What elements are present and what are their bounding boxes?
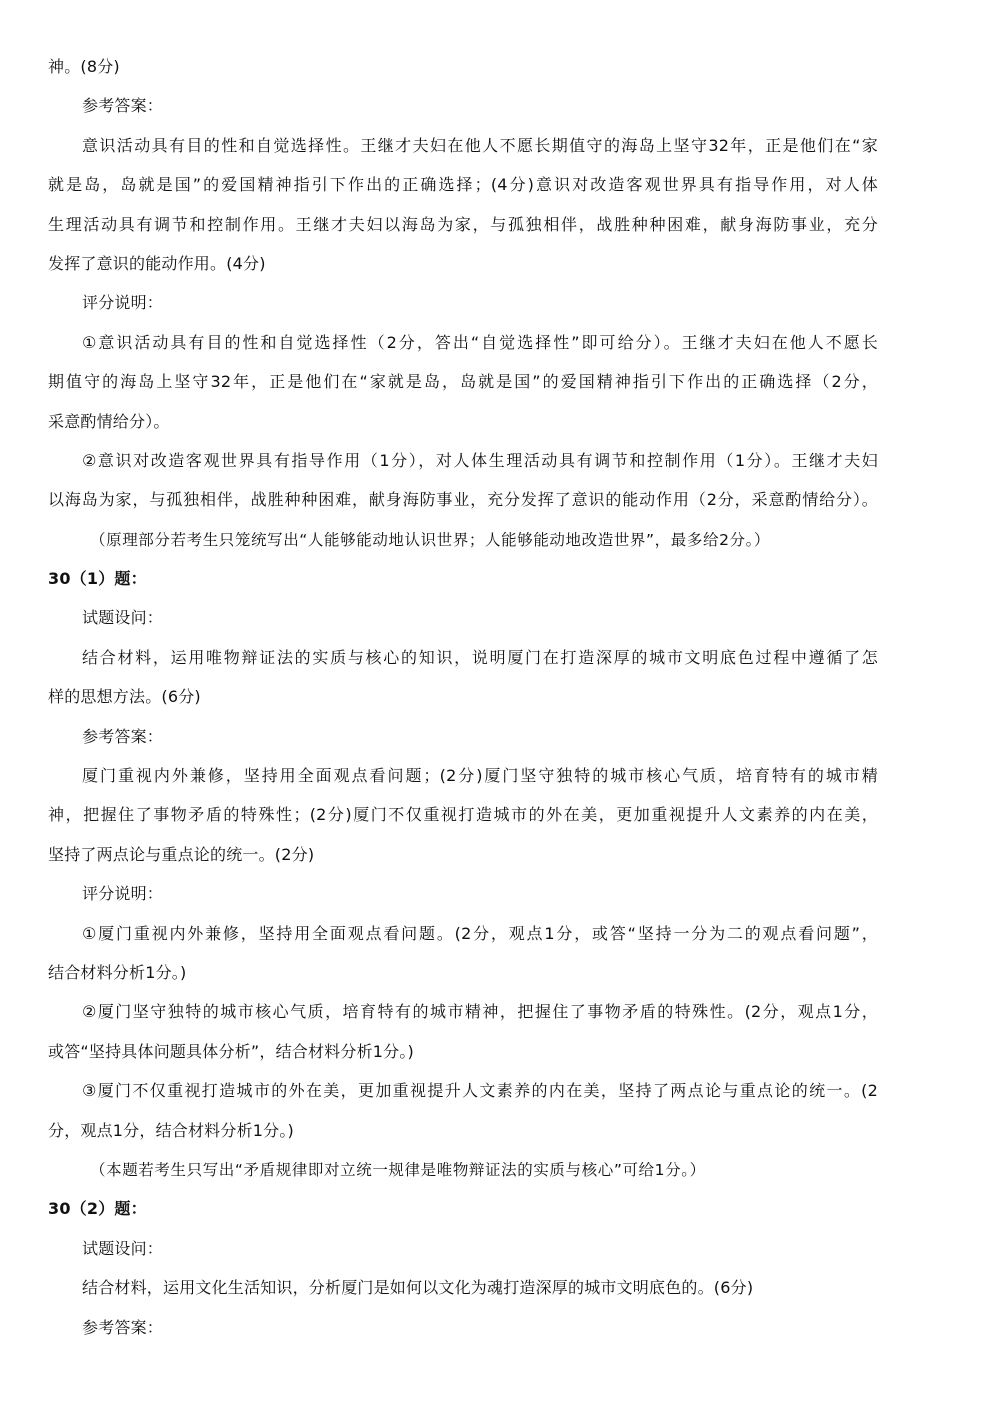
answer-paragraph: 生理活动具有调节和控制作用。王继才夫妇以海岛为家，与孤独相伴，战胜种种困难，献身… — [48, 210, 878, 249]
section-label-question: 试题设问： — [48, 603, 878, 642]
scoring-item-1: ①意识活动具有目的性和自觉选择性（2分，答出“自觉选择性”即可给分）。王继才夫妇… — [48, 328, 878, 367]
answer-paragraph: 坚持了两点论与重点论的统一。(2分) — [48, 840, 878, 879]
scoring-item-2: ②厦门坚守独特的城市核心气质，培育特有的城市精神，把握住了事物矛盾的特殊性。(2… — [48, 997, 878, 1036]
section-label-question: 试题设问： — [48, 1234, 878, 1273]
answer-paragraph: 神，把握住了事物矛盾的特殊性；(2分)厦门不仅重视打造城市的外在美，更加重视提升… — [48, 800, 878, 839]
document-page: 神。(8分) 参考答案： 意识活动具有目的性和自觉选择性。王继才夫妇在他人不愿长… — [48, 52, 878, 1352]
question-text: 结合材料，运用唯物辩证法的实质与核心的知识，说明厦门在打造深厚的城市文明底色过程… — [48, 643, 878, 682]
scoring-item-1: ①厦门重视内外兼修，坚持用全面观点看问题。(2分，观点1分，或答“坚持一分为二的… — [48, 919, 878, 958]
scoring-item-1: 期值守的海岛上坚守32年，正是他们在“家就是岛，岛就是国”的爱国精神指引下作出的… — [48, 367, 878, 406]
question-heading-30-1: 30（1）题： — [48, 564, 878, 603]
scoring-note: （本题若考生只写出“矛盾规律即对立统一规律是唯物辩证法的实质与核心”可给1分。） — [48, 1155, 878, 1194]
question-heading-30-2: 30（2）题： — [48, 1194, 878, 1233]
answer-paragraph: 厦门重视内外兼修，坚持用全面观点看问题；(2分)厦门坚守独特的城市核心气质，培育… — [48, 761, 878, 800]
section-label-scoring-notes: 评分说明： — [48, 879, 878, 918]
scoring-item-2: 以海岛为家，与孤独相伴，战胜种种困难，献身海防事业，充分发挥了意识的能动作用（2… — [48, 485, 878, 524]
scoring-item-2: 或答“坚持具体问题具体分析”，结合材料分析1分。) — [48, 1037, 878, 1076]
section-label-reference-answer: 参考答案： — [48, 722, 878, 761]
scoring-item-2: ②意识对改造客观世界具有指导作用（1分），对人体生理活动具有调节和控制作用（1分… — [48, 446, 878, 485]
answer-paragraph: 意识活动具有目的性和自觉选择性。王继才夫妇在他人不愿长期值守的海岛上坚守32年，… — [48, 131, 878, 170]
scoring-item-1: 结合材料分析1分。) — [48, 958, 878, 997]
answer-paragraph: 发挥了意识的能动作用。(4分) — [48, 249, 878, 288]
text-line: 神。(8分) — [48, 52, 878, 91]
answer-paragraph: 就是岛，岛就是国”的爱国精神指引下作出的正确选择；(4分)意识对改造客观世界具有… — [48, 170, 878, 209]
question-text: 结合材料，运用文化生活知识，分析厦门是如何以文化为魂打造深厚的城市文明底色的。(… — [48, 1273, 878, 1312]
scoring-item-1: 采意酌情给分）。 — [48, 407, 878, 446]
scoring-note: （原理部分若考生只笼统写出“人能够能动地认识世界；人能够能动地改造世界”，最多给… — [48, 525, 878, 564]
section-label-reference-answer: 参考答案： — [48, 1313, 878, 1352]
question-text: 样的思想方法。(6分) — [48, 682, 878, 721]
scoring-item-3: ③厦门不仅重视打造城市的外在美，更加重视提升人文素养的内在美，坚持了两点论与重点… — [48, 1076, 878, 1115]
section-label-scoring-notes: 评分说明： — [48, 288, 878, 327]
scoring-item-3: 分，观点1分，结合材料分析1分。) — [48, 1116, 878, 1155]
section-label-reference-answer: 参考答案： — [48, 91, 878, 130]
